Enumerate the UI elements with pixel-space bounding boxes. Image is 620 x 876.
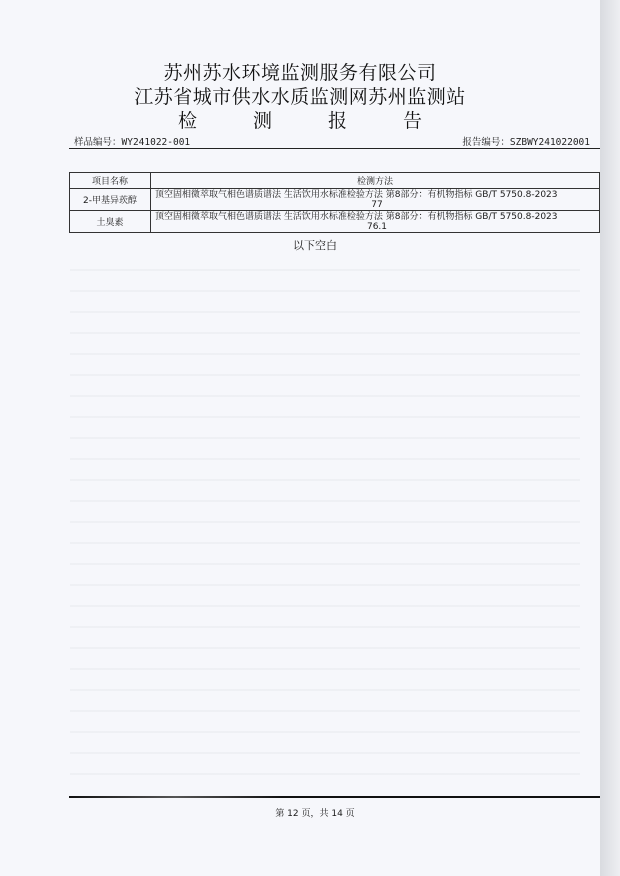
method-table: 项目名称 检测方法 2-甲基异莰醇 顶空固相微萃取气相色谱质谱法 生活饮用水标准… xyxy=(69,172,600,233)
item-name: 2-甲基异莰醇 xyxy=(70,189,151,211)
station-name: 江苏省城市供水水质监测网苏州监测站 xyxy=(0,82,600,109)
table-row: 2-甲基异莰醇 顶空固相微萃取气相色谱质谱法 生活饮用水标准检验方法 第8部分：… xyxy=(70,189,600,211)
document-page: 苏州苏水环境监测服务有限公司 江苏省城市供水水质监测网苏州监测站 检测报告 样品… xyxy=(0,0,600,876)
footer-divider xyxy=(69,796,600,798)
bleed-through-background xyxy=(70,250,580,780)
method-cell: 顶空固相微萃取气相色谱质谱法 生活饮用水标准检验方法 第8部分：有机物指标 GB… xyxy=(151,189,600,211)
report-title: 检测报告 xyxy=(0,106,600,133)
blank-below-note: 以下空白 xyxy=(0,237,600,253)
table-header-row: 项目名称 检测方法 xyxy=(70,173,600,189)
table-row: 土臭素 顶空固相微萃取气相色谱质谱法 生活饮用水标准检验方法 第8部分：有机物指… xyxy=(70,211,600,233)
scan-edge-shadow xyxy=(600,0,620,876)
item-name: 土臭素 xyxy=(70,211,151,233)
header-divider xyxy=(69,148,600,149)
report-number: 报告编号：SZBWY241022001 xyxy=(462,134,590,148)
column-header-method: 检测方法 xyxy=(151,173,600,189)
method-cell: 顶空固相微萃取气相色谱质谱法 生活饮用水标准检验方法 第8部分：有机物指标 GB… xyxy=(151,211,600,233)
company-name: 苏州苏水环境监测服务有限公司 xyxy=(0,58,600,85)
sample-number: 样品编号：WY241022-001 xyxy=(74,134,190,148)
page-number: 第 12 页，共 14 页 xyxy=(0,806,600,819)
column-header-item: 项目名称 xyxy=(70,173,151,189)
